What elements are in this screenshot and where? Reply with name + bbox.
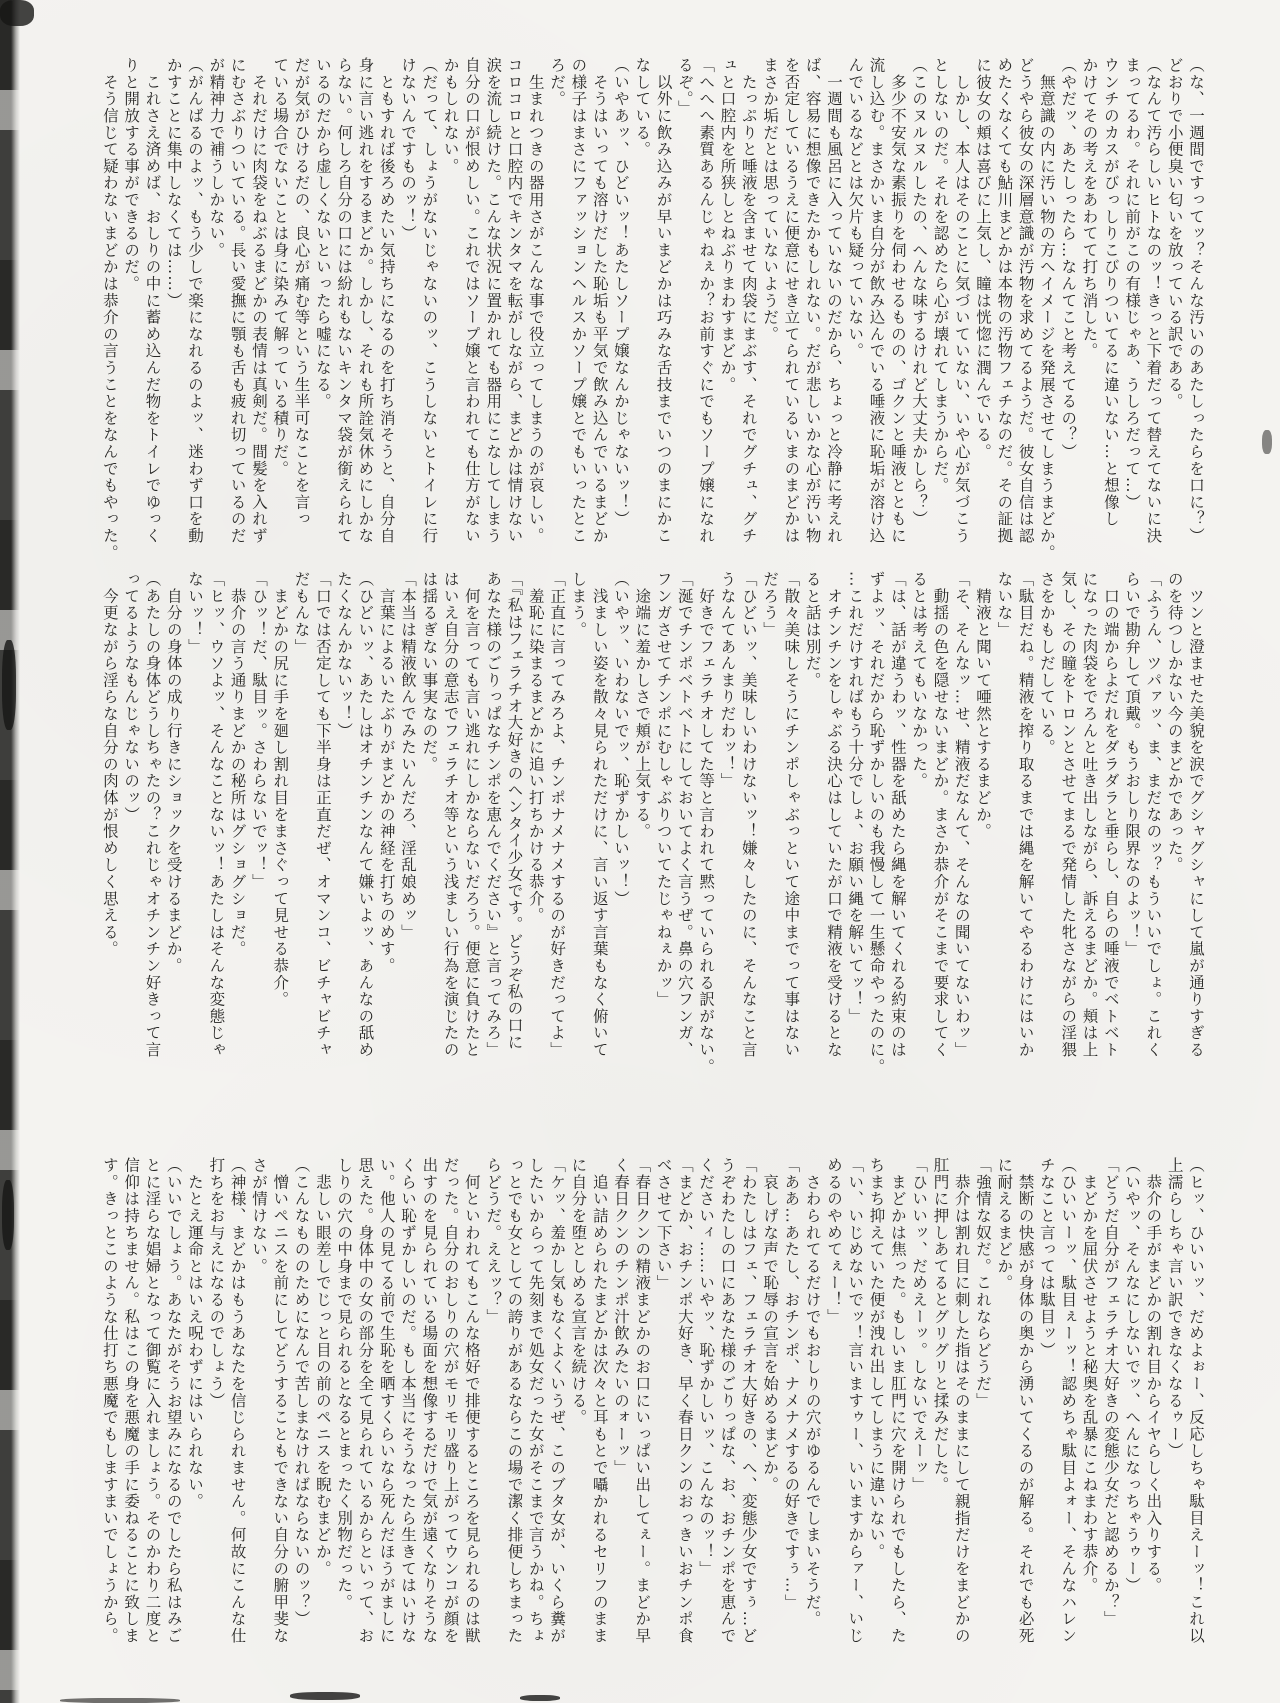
text-column: っとでも女としての誇りがあるならこの場で潔く排便しちまった bbox=[503, 1157, 524, 1633]
text-column: そうはいっても溶けだした恥垢も平気で飲み込んでいるまどか bbox=[588, 57, 609, 557]
text-column: 「ケッ、羞かし気もなくよくいうぜ、このブタ女が、いくら糞が bbox=[546, 1157, 567, 1633]
text-column: かもしれない。 bbox=[439, 57, 460, 557]
text-column: の様子はまさにファッションヘルスかソープ嬢とでもいったとこ bbox=[567, 57, 588, 557]
text-column: は揺るぎない事実なのだ。 bbox=[418, 571, 439, 1100]
text-column: に耐えるまどか。 bbox=[993, 1157, 1014, 1633]
text-column: どおりで小便臭い匂いを放っている訳である。 bbox=[1163, 57, 1184, 557]
text-column: 涙を流し続けた。こんな状況に置かれても器用にこなしてしまう bbox=[482, 57, 503, 557]
scan-gutter-shadow bbox=[0, 0, 20, 1703]
text-column: （神様、まどかはもうあなたを信じられません。何故にこんな仕 bbox=[226, 1157, 247, 1633]
scan-smudge bbox=[520, 1695, 560, 1701]
text-column: にむさぶりついている。長い愛撫に顎も舌も疲れ切っているのだ bbox=[226, 57, 247, 557]
text-column: 浅ましい姿を散々見られただけに、言い返す言葉もなく俯いて bbox=[588, 571, 609, 1100]
text-column: 一週間も風呂に入っていないのだから、ちょっと冷静に考えれ bbox=[823, 57, 844, 557]
text-column: どうやら彼女の深層意識が汚物を求めてるようだ。彼女自信は認 bbox=[1014, 57, 1035, 557]
text-column: けないんですものッ！） bbox=[397, 57, 418, 557]
text-column: 羞恥に染まるまどかに追い打ちかける恭介。 bbox=[525, 571, 546, 1100]
text-column: ると話は別だ。 bbox=[801, 571, 822, 1100]
text-column: あなた様のごりっぱなチンポを恵んでください』と言ってみろ」 bbox=[482, 571, 503, 1100]
text-column: くらい恥ずかしいのだ。もし本当にそうなったら生きてはいけな bbox=[397, 1157, 418, 1633]
text-column: 恭介の手がまどかの割れ目からイヤらしく出入りする。 bbox=[1142, 1157, 1163, 1633]
text-column: しまう。 bbox=[567, 571, 588, 1100]
text-column: …これだけすればもう十分でしょ、お願い縄を解いてッ！」 bbox=[844, 571, 865, 1100]
text-column: 気し、その瞳をトロンとさせてまるで発情した牝さながらの淫猥 bbox=[1057, 571, 1078, 1100]
scan-smudge bbox=[2, 640, 16, 730]
text-column: めたくなくても鮎川まどかは本物の汚物フェチなのだ。その証拠 bbox=[993, 57, 1014, 557]
text-column: （ヒッ、ひいいッ、だめよぉー、反応しちゃ駄目えーッ！これ以 bbox=[1185, 1157, 1206, 1633]
text-column: 「そ、そんなッ…せ、精液だなんて、そんなの聞いてないわッ」 bbox=[950, 571, 971, 1100]
text-column: 打ちをお与えになるのでしょう） bbox=[205, 1157, 226, 1633]
text-column: まどかの尻に手を廻し割れ目をまさぐって見せる恭介。 bbox=[269, 571, 290, 1100]
text-column: さわられてるだけでもおしりの穴がゆるんでしまいそうだ。 bbox=[801, 1157, 822, 1633]
text-column: たくなんかないッ！） bbox=[333, 571, 354, 1100]
text-column: 生まれつきの器用さがこんな事で役立ってしまうのが哀しい。 bbox=[525, 57, 546, 557]
text-column: （いやッ、そんなにしないでッ、へんになっちゃうゥー） bbox=[1121, 1157, 1142, 1633]
text-column: 今更ながら淫らな自分の肉体が恨めしく思える。 bbox=[99, 571, 120, 1100]
text-column: ないッ！」 bbox=[184, 571, 205, 1100]
text-column: しりの穴の中身まで見られるとなるとまったく別物だった。 bbox=[333, 1157, 354, 1633]
text-column: が精神力で補うしかない。 bbox=[205, 57, 226, 557]
text-column: ウンチのカスがびっしりこびりついてるに違いない…と想像し bbox=[1100, 57, 1121, 557]
text-column: 出すのを見られている場面を想像するだけで気が遠くなりそうな bbox=[418, 1157, 439, 1633]
text-column: だろう」 bbox=[759, 571, 780, 1100]
text-column: 恭介は割れ目に刺した指はそのままにして親指だけをまどかの bbox=[950, 1157, 971, 1633]
text-column: 「涎でチンポベトベトにしておいてよく言うぜ。鼻の穴フンガ、 bbox=[674, 571, 695, 1100]
text-column: べさせて下さい」 bbox=[652, 1157, 673, 1633]
text-column: 上濡らしちゃ言い訳できなくなるゥー） bbox=[1163, 1157, 1184, 1633]
text-column: 「強情な奴だ。これならどうだ」 bbox=[972, 1157, 993, 1633]
text-column: 「『私はフェラチオ大好きのヘンタイ少女です。どうぞ私の口に bbox=[503, 571, 524, 1100]
text-column: 悲しい眼差しでじっと目の前のペニスを睨むまどか。 bbox=[312, 1157, 333, 1633]
text-column: 自分の身体の成り行きにショックを受けるまどか。 bbox=[162, 571, 183, 1100]
text-column: を否定しているうえに便意にせき立てられているいまのまどかは bbox=[780, 57, 801, 557]
text-column: 多少不安気な素振りを伺わせるものの、ゴクンと唾液とともに bbox=[887, 57, 908, 557]
text-column: まどかを屈伏させようと秘奥を乱暴にこねまわす恭介。 bbox=[1078, 1157, 1099, 1633]
text-column: チなこと言っては駄目ッ） bbox=[1036, 1157, 1057, 1633]
text-column: （いやあッ、ひどいッ！あたしソープ嬢なんかじゃないッ！） bbox=[610, 57, 631, 557]
text-column: らどうだ。ええッ？」 bbox=[482, 1157, 503, 1633]
text-column: ってるようなもんじゃないのッ） bbox=[120, 571, 141, 1100]
text-column: 何を言っても言い逃れにしかならないだろう。便意に負けたと bbox=[461, 571, 482, 1100]
text-column: 「散々美味しそうにチンポしゃぶっといて途中までって事はない bbox=[780, 571, 801, 1100]
text-column: だった。自分のおしりの穴がモリモリ盛り上がってウンコが顔を bbox=[439, 1157, 460, 1633]
text-column: らない。何しろ自分の口には紛れもないキンタマ袋が銜えられて bbox=[333, 57, 354, 557]
text-column: オチンチンをしゃぶる決心はしていたが口で精液を受けるとな bbox=[823, 571, 844, 1100]
text-column: ている場合でないことは身に染みて解っている積りだ。 bbox=[269, 57, 290, 557]
text-column: （こんなもののためになんで苦しまなければならないのッ？） bbox=[290, 1157, 311, 1633]
text-column: ツンと澄ませた美貌を涙でグシャグシャにして嵐が通りすぎる bbox=[1185, 571, 1206, 1100]
text-column: ュと口腔内を所狭しとねぶりまわすまどか。 bbox=[716, 57, 737, 557]
text-column: （なんて汚らしいヒトなのッ！きっと下着だって替えてないに決 bbox=[1142, 57, 1163, 557]
text-column: 「ヒッ、ウソよッ、そんなことないッ！あたしはそんな変態じゃ bbox=[205, 571, 226, 1100]
text-column: コロコロと口腔内でキンタマを転がしながら、まどかは情けない bbox=[503, 57, 524, 557]
text-column: くださいィ……いやッ、恥ずかしいッ、こんなのッ！」 bbox=[695, 1157, 716, 1633]
text-column: ともすれば後ろめたい気持ちになるのを打ち消そうと、自分自 bbox=[375, 57, 396, 557]
text-column: 「ああ…あたし、おチンポ、ナメナメするの好きですぅ…」 bbox=[780, 1157, 801, 1633]
text-column: 「まどか、おチンポ大好き、早く春日クンのおっきいおチンポ食 bbox=[674, 1157, 695, 1633]
scan-smudge bbox=[290, 1692, 360, 1700]
text-column: （いやッ、いわないでッ、恥ずかしいッ！） bbox=[610, 571, 631, 1100]
text-column: 肛門に押しあてるとグリグリと揉みだした。 bbox=[929, 1157, 950, 1633]
text-column: としないのだ。それを認めたら心が壊れてしまうからだ。 bbox=[929, 57, 950, 557]
text-column: 身に言い逃れをするまどか。しかし、それも所詮気休めにしかな bbox=[354, 57, 375, 557]
text-column: フンガさせてチンポにむしゃぶりついてたじゃねぇかッ」 bbox=[652, 571, 673, 1100]
text-column: 「本当は精液飲んでみたいんだろ、淫乱娘めッ」 bbox=[397, 571, 418, 1100]
text-column: 「わたしはフェ、フェラチオ大好きの、へ、変態少女ですぅ…ど bbox=[737, 1157, 758, 1633]
scan-smudge bbox=[0, 0, 34, 26]
text-column: 「口では否定しても下半身は正直だぜ、オマンコ、ビチャビチャ bbox=[312, 571, 333, 1100]
text-column: ちまち抑えていた便が洩れ出してしまうに違いない。 bbox=[865, 1157, 886, 1633]
text-column: く春日クンのチンポ汁飲みたいのォーッ」 bbox=[610, 1157, 631, 1633]
text-column: ないな」 bbox=[993, 571, 1014, 1100]
text-column: ろだ。 bbox=[546, 57, 567, 557]
text-column: かすことに集中しなくては……） bbox=[162, 57, 183, 557]
text-column: 「ひいいッ、だめえーッ。しないでえーッ」 bbox=[908, 1157, 929, 1633]
text-column: になった肉袋をでろんと吐き出しながら、訴えるまどか。頬は上 bbox=[1078, 571, 1099, 1100]
text-column: 途端に羞かしさで頬が上気する。 bbox=[631, 571, 652, 1100]
text-column: いるのだから虚しくないといったら嘘になる。 bbox=[312, 57, 333, 557]
text-column: 「ひどいッ、美味しいわけないッ！嫌々したのに、そんなこと言 bbox=[737, 571, 758, 1100]
text-column: 哀しげな声で恥辱の宣言を始めるまどか。 bbox=[759, 1157, 780, 1633]
text-column: す。きっとこのような仕打ち悪魔でもしますまいでしょうから。 bbox=[99, 1157, 120, 1633]
scan-smudge bbox=[60, 1698, 180, 1703]
text-column: 信仰は持ちません。私はこの身を悪魔の手に委ねることに致しま bbox=[120, 1157, 141, 1633]
text-column: これさえ済めば、おしりの中に蓄め込んだ物をトイレでゆっく bbox=[141, 57, 162, 557]
scanned-novel-page: { "page": { "kind": "vertical-japanese-n… bbox=[0, 0, 1280, 1703]
scan-smudge bbox=[2, 1180, 14, 1250]
text-band-top: （な、一週間ですってッ？そんな汚いのあたしったらを口に？）どおりで小便臭い匂いを… bbox=[99, 57, 1206, 557]
text-column: さが情けない。 bbox=[248, 1157, 269, 1633]
text-column: んでいるなどとは欠片も疑っていない。 bbox=[844, 57, 865, 557]
text-column: だもんな」 bbox=[290, 571, 311, 1100]
text-column: まどかは焦った。もしいま肛門に穴を開けられでもしたら、た bbox=[887, 1157, 908, 1633]
text-column: とに淫らな娼婦となって御覧に入れましょう。そのかわり二度と bbox=[141, 1157, 162, 1633]
text-column: りと開放する事ができるのだ。 bbox=[120, 57, 141, 557]
text-column: 何といわれてもこんな格好で排便するところを見られるのは獣 bbox=[461, 1157, 482, 1633]
text-column: ずよッ、それだから恥ずかしいのも我慢して一生懸命やったのに。 bbox=[865, 571, 886, 1100]
text-column: 「どうだ自分がフェラチオ大好きの変態少女だと認めるか？」 bbox=[1100, 1157, 1121, 1633]
text-column: 「正直に言ってみろよ、チンポナメナメするのが好きだってよ」 bbox=[546, 571, 567, 1100]
text-column: うなんてあんまりだわッ！」 bbox=[716, 571, 737, 1100]
text-column: （な、一週間ですってッ？そんな汚いのあたしったらを口に？） bbox=[1185, 57, 1206, 557]
text-column: したいからって先刻まで処女だった女がそこまで言うかね。ちょ bbox=[525, 1157, 546, 1633]
text-column: 口の端からよだれをダラダラと垂らし、自らの唾液でベトベト bbox=[1100, 571, 1121, 1100]
text-column: るぞ。」 bbox=[674, 57, 695, 557]
text-column: 好きでフェラチオしてた等と言われて黙っていられる訳がない。 bbox=[695, 571, 716, 1100]
text-column: それだけに肉袋をねぶるまどかの表情は真剣だ。間髪を入れず bbox=[248, 57, 269, 557]
text-column: まってるわ。それに前がこの有様じゃあ、うしろだって…） bbox=[1121, 57, 1142, 557]
text-column: しかし、本人はそのことに気づいていない、いや心が気づこう bbox=[950, 57, 971, 557]
text-column: 禁断の快感が身体の奥から湧いてくるのが解る。それでも必死 bbox=[1014, 1157, 1035, 1633]
text-column: に自分を堕としめる宣言を続ける。 bbox=[567, 1157, 588, 1633]
scan-smudge bbox=[1262, 430, 1272, 454]
text-column: 動揺の色を隠せないまどか。まさか恭介がそこまで要求してく bbox=[929, 571, 950, 1100]
text-column: 恭介の言う通りまどかの秘所はグショグショだ。 bbox=[226, 571, 247, 1100]
text-column: るとは考えてもいなかった。 bbox=[908, 571, 929, 1100]
text-column: さをかもしだしている。 bbox=[1036, 571, 1057, 1100]
text-column: らいで勘弁して頂戴。もうおしり限界なのよッ！」 bbox=[1121, 571, 1142, 1100]
text-column: 自分の口が恨めしい。これではソープ嬢と言われても仕方がない bbox=[461, 57, 482, 557]
text-column: 以外に飲み込みが早いまどかは巧みな舌技までいつのまにかこ bbox=[652, 57, 673, 557]
text-column: に彼女の頬は喜びに上気し、瞳は恍惚に潤んでいる。 bbox=[972, 57, 993, 557]
text-column: 憎いペニスを前にしてどうすることもできない自分の腑甲斐な bbox=[269, 1157, 290, 1633]
text-column: （このヌルヌルしたの、へんな味するけれど大丈夫かしら？） bbox=[908, 57, 929, 557]
text-column: まさか垢だとは思っていないようだ。 bbox=[759, 57, 780, 557]
text-column: はいえ自分の意志でフェラチオ等という浅ましい行為を演じたの bbox=[439, 571, 460, 1100]
text-column: （あたしの身体どうしちゃたの？これじゃオチンチン好きって言 bbox=[141, 571, 162, 1100]
text-column: 「ふうん、ツパァッ、ま、まだなのッ？もういいでしょ。これく bbox=[1142, 571, 1163, 1100]
text-column: （ひいいーッ、駄目ぇーッ！認めちゃ駄目よォー、そんなハレン bbox=[1057, 1157, 1078, 1633]
text-column: 言葉によるいたぶりがまどかの神経を打ちのめす。 bbox=[375, 571, 396, 1100]
text-column: めるのやめてぇー！」 bbox=[823, 1157, 844, 1633]
text-column: そう信じて疑わないまどかは恭介の言うことをなんでもやった。 bbox=[99, 57, 120, 557]
text-column: うぞわたしの口にあなた様のごりっぱな、お、おチンポを恵んで bbox=[716, 1157, 737, 1633]
text-band-middle: ツンと澄ませた美貌を涙でグシャグシャにして嵐が通りすぎるのを待つしかない今のまど… bbox=[99, 571, 1206, 1100]
text-column: のを待つしかない今のまどかであった。 bbox=[1163, 571, 1184, 1100]
text-column: （がんばるのよッ、もう少しで楽になれるのよッ、迷わず口を動 bbox=[184, 57, 205, 557]
text-column: 無意識の内に汚い物の方へイメージを発展させてしまうまどか。 bbox=[1036, 57, 1057, 557]
text-column: 追い詰められたまどかは次々と耳もとで囁かれるセリフのまま bbox=[588, 1157, 609, 1633]
text-column: 「春日クンの精液まどかのお口にいっぱい出してぇー。まどか早 bbox=[631, 1157, 652, 1633]
text-column: 「駄目だね。精液を搾り取るまでは縄を解いてやるわけにはいか bbox=[1014, 571, 1035, 1100]
text-column: 流し込む。まさかいま自分が飲み込んでいる唾液に恥垢が溶け込 bbox=[865, 57, 886, 557]
text-column: 思えた。身体中の女の部分を全て見られているからといって、お bbox=[354, 1157, 375, 1633]
text-column: たとえ運命とはいえ呪わずにはいられない。 bbox=[184, 1157, 205, 1633]
text-column: い。他人の見てる前で生恥を晒すくらいなら死んだほうがましに bbox=[375, 1157, 396, 1633]
text-column: （ひどいッ、あたしはオチンチンなんて嫌いよッ、あんなの舐め bbox=[354, 571, 375, 1100]
text-column: 「い、いじめないでッ！言いますゥー、いいますからァー、いじ bbox=[844, 1157, 865, 1633]
text-column: 「は、話が違うわッ、性器を舐めたら縄を解いてくれる約束のは bbox=[887, 571, 908, 1100]
text-column: 精液と聞いて唖然とするまどか。 bbox=[972, 571, 993, 1100]
text-column: （いいでしょう。あなたがそうお望みになるのでしたら私はみご bbox=[162, 1157, 183, 1633]
text-column: かけてその考えをあわてて打ち消した。 bbox=[1078, 57, 1099, 557]
text-column: （やだッ、あたしったら…なんてこと考えてるの？） bbox=[1057, 57, 1078, 557]
text-column: だが気がひけるだの、良心が痛む等という生半可なことを言っ bbox=[290, 57, 311, 557]
text-column: 「へへへ素質あるんじゃねぇか？お前すぐにでもソープ嬢になれ bbox=[695, 57, 716, 557]
text-column: （だって、しょうがないじゃないのッ、こうしないとトイレに行 bbox=[418, 57, 439, 557]
text-band-bottom: （ヒッ、ひいいッ、だめよぉー、反応しちゃ駄目えーッ！これ以上濡らしちゃ言い訳でき… bbox=[99, 1157, 1206, 1633]
text-column: たっぷりと唾液を含ませて肉袋にまぶす、それでグチュ、グチ bbox=[737, 57, 758, 557]
text-column: ば、容易に想像できたかもしれない。だが悲しいかな心が汚い物 bbox=[801, 57, 822, 557]
text-column: なしている。 bbox=[631, 57, 652, 557]
text-column: 「ひッ！だ、駄目ッ。さわらないでッ！」 bbox=[248, 571, 269, 1100]
